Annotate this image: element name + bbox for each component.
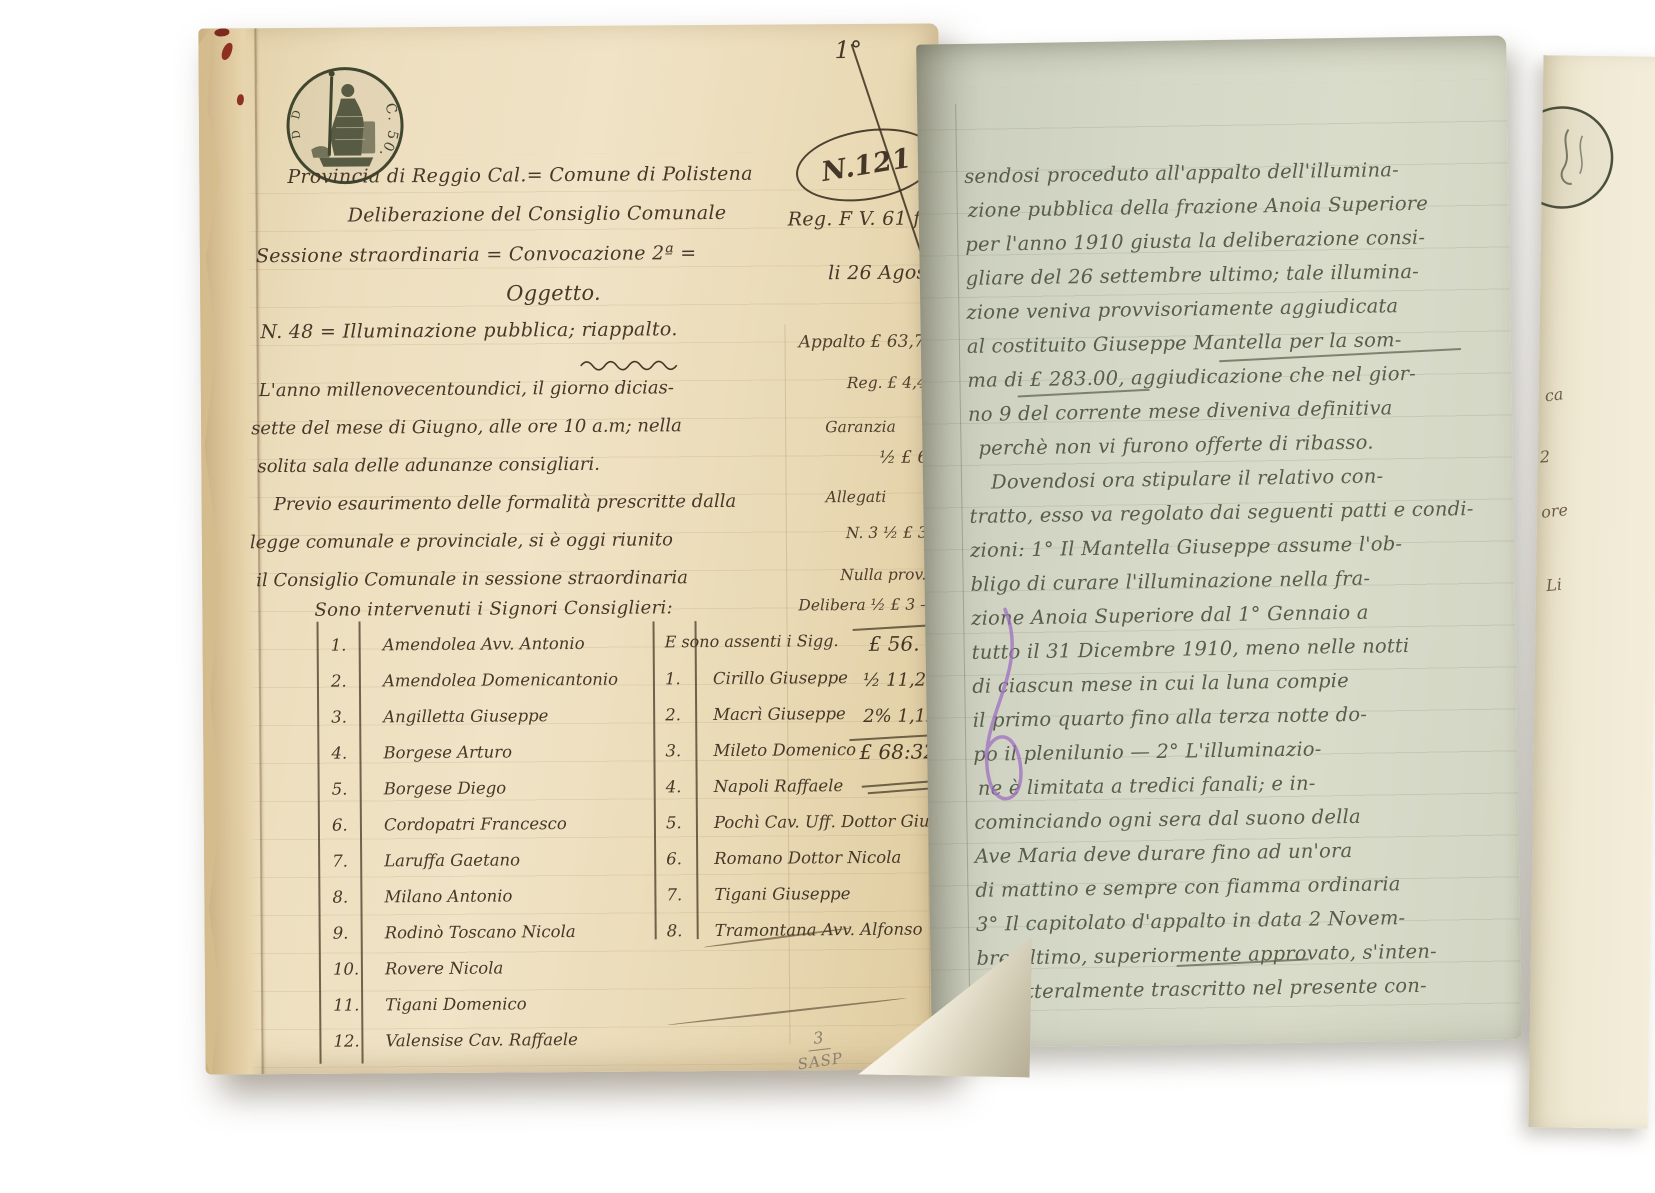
fee-totals: £ 56. —½ 11,202% 1,12£ 68:32 bbox=[198, 23, 938, 28]
row-number: 11. bbox=[321, 987, 373, 1023]
councilor-name: Rovere Nicola bbox=[373, 958, 503, 978]
councilor-row: 9.Rodinò Toscano Nicola bbox=[321, 913, 661, 951]
header-subject: N. 48 = Illuminazione pubblica; riappalt… bbox=[260, 318, 677, 343]
absent-rows: 1.Cirillo Giuseppe 2.Macrì Giuseppe 3.Mi… bbox=[655, 659, 946, 949]
councilor-row: 4.Borgese Arturo bbox=[319, 733, 659, 771]
fee-note: Nulla prov. bbox=[840, 566, 926, 585]
councilor-name: Pochì Cav. Uff. Dottor Giuseppe bbox=[704, 811, 946, 832]
councilor-name: Borgese Arturo bbox=[371, 742, 512, 762]
body-line: L'anno millenovecentoundici, il giorno d… bbox=[247, 368, 867, 410]
body-line: il Consiglio Comunale in sessione straor… bbox=[248, 558, 868, 600]
row-number: 8. bbox=[657, 913, 705, 949]
page-number: 1° bbox=[834, 36, 862, 64]
row-number: 7. bbox=[656, 877, 704, 913]
councilor-row: 5.Borgese Diego bbox=[320, 769, 660, 807]
councilor-name: Romano Dottor Nicola bbox=[704, 848, 901, 868]
present-councilors-list: 1.Amendolea Avv. Antonio 2.Amendolea Dom… bbox=[319, 625, 662, 1059]
councilor-name: Tigani Giuseppe bbox=[704, 884, 850, 904]
councilor-row: 5.Pochì Cav. Uff. Dottor Giuseppe bbox=[656, 803, 946, 841]
left-page: C. 50. D D 1° N.121 Reg. F V. 61 f. 107 … bbox=[198, 23, 945, 1074]
row-number: 1. bbox=[319, 627, 371, 663]
row-number: 3. bbox=[655, 733, 703, 769]
councilor-name: Laruffa Gaetano bbox=[372, 850, 520, 870]
councilor-name: Borgese Diego bbox=[372, 778, 507, 798]
body-line: legge comunale e provinciale, si è oggi … bbox=[248, 520, 868, 562]
row-number: 7. bbox=[320, 843, 372, 879]
councilor-name: Macrì Giuseppe bbox=[703, 704, 846, 724]
councilor-name: Angilletta Giuseppe bbox=[371, 706, 548, 726]
councilor-name: Tramontana Avv. Alfonso bbox=[705, 920, 923, 941]
councilor-row: 8.Tramontana Avv. Alfonso bbox=[657, 911, 946, 949]
manuscript-fragment: ore bbox=[1540, 500, 1569, 522]
protocol-number: N.121 bbox=[819, 142, 913, 187]
header-subject-label: Oggetto. bbox=[506, 281, 601, 306]
deliberation-body: L'anno millenovecentoundici, il giorno d… bbox=[247, 368, 869, 600]
header-session: Sessione straordinaria = Convocazione 2ª… bbox=[256, 242, 697, 267]
row-number: 2. bbox=[319, 663, 371, 699]
fee-note: Allegati bbox=[826, 488, 887, 506]
councilor-name: Napoli Raffaele bbox=[704, 776, 844, 796]
row-number: 4. bbox=[319, 735, 371, 771]
councilor-name: Rodinò Toscano Nicola bbox=[373, 922, 576, 942]
right-page: sendosi proceduto all'appalto dell'illum… bbox=[916, 35, 1522, 1048]
pencil-note-number: 3 bbox=[806, 1027, 831, 1051]
row-number: 6. bbox=[656, 841, 704, 877]
next-page-sliver: ca 2 ore Li bbox=[1529, 55, 1655, 1129]
fiscal-stamp-partial-icon bbox=[1529, 101, 1619, 215]
councilor-row: 6.Cordopatri Francesco bbox=[320, 805, 660, 843]
councilor-row: 12.Valensise Cav. Raffaele bbox=[321, 1021, 661, 1059]
councilor-name: Amendolea Avv. Antonio bbox=[371, 634, 585, 654]
fee-note: Delibera ½ £ 3 — bbox=[798, 595, 935, 614]
councilor-row: 2.Amendolea Domenicantonio bbox=[319, 661, 659, 699]
councilor-name: Cordopatri Francesco bbox=[372, 814, 567, 834]
row-number: 5. bbox=[320, 771, 372, 807]
body-line: solita sala delle adunanze consigliari. bbox=[247, 444, 867, 486]
body-line: Previo esaurimento delle formalità presc… bbox=[248, 482, 868, 524]
row-number: 5. bbox=[656, 805, 704, 841]
header-deliberation: Deliberazione del Consiglio Comunale bbox=[348, 202, 727, 227]
councilor-row: 3.Angilletta Giuseppe bbox=[319, 697, 659, 735]
councilor-row: 6.Romano Dottor Nicola bbox=[656, 839, 946, 877]
row-number: 6. bbox=[320, 807, 372, 843]
fee-total: £ 68:32 bbox=[859, 739, 936, 764]
manuscript-fragment: Li bbox=[1545, 575, 1562, 595]
fee-margin-notes: Appalto £ 63,75Reg. £ 4,4 —Garanzia½ £ 6… bbox=[198, 23, 938, 28]
row-number: 10. bbox=[321, 951, 373, 987]
councilor-row: 11.Tigani Domenico bbox=[321, 985, 661, 1023]
councilor-row: 1.Amendolea Avv. Antonio bbox=[319, 625, 659, 663]
purple-pencil-mark bbox=[935, 603, 1059, 835]
contract-terms-text: sendosi proceduto all'appalto dell'illum… bbox=[964, 151, 1517, 1009]
councilor-row: 4.Napoli Raffaele bbox=[656, 767, 946, 805]
councilor-name: Amendolea Domenicantonio bbox=[371, 670, 618, 691]
councilor-name: Mileto Domenico bbox=[703, 740, 856, 760]
fee-note: Appalto £ 63,75 bbox=[798, 331, 935, 352]
body-line: sette del mese di Giugno, alle ore 10 a.… bbox=[247, 406, 867, 448]
row-number: 2. bbox=[655, 697, 703, 733]
attendees-heading: Sono intervenuti i Signori Consiglieri: bbox=[314, 597, 673, 621]
header-province: Provincia di Reggio Cal.= Comune di Poli… bbox=[287, 163, 753, 188]
councilor-row: 7.Laruffa Gaetano bbox=[320, 841, 660, 879]
councilor-name: Cirillo Giuseppe bbox=[703, 668, 848, 688]
row-number: 12. bbox=[321, 1023, 373, 1059]
councilor-name: Tigani Domenico bbox=[373, 994, 527, 1014]
councilor-row: 8.Milano Antonio bbox=[320, 877, 660, 915]
manuscript-fragment: ca bbox=[1544, 384, 1565, 405]
councilor-row: 10.Rovere Nicola bbox=[321, 949, 661, 987]
document-photo: C. 50. D D 1° N.121 Reg. F V. 61 f. 107 … bbox=[0, 0, 1655, 1193]
row-number: 3. bbox=[319, 699, 371, 735]
councilor-row: 7.Tigani Giuseppe bbox=[656, 875, 945, 913]
row-number: 1. bbox=[655, 661, 703, 697]
row-number: 9. bbox=[321, 915, 373, 951]
manuscript-fragment: 2 bbox=[1539, 447, 1551, 467]
row-number: 8. bbox=[320, 879, 372, 915]
fee-note: Garanzia bbox=[825, 418, 896, 436]
councilor-name: Valensise Cav. Raffaele bbox=[373, 1030, 578, 1050]
row-number: 4. bbox=[656, 769, 704, 805]
councilor-name: Milano Antonio bbox=[372, 886, 512, 906]
